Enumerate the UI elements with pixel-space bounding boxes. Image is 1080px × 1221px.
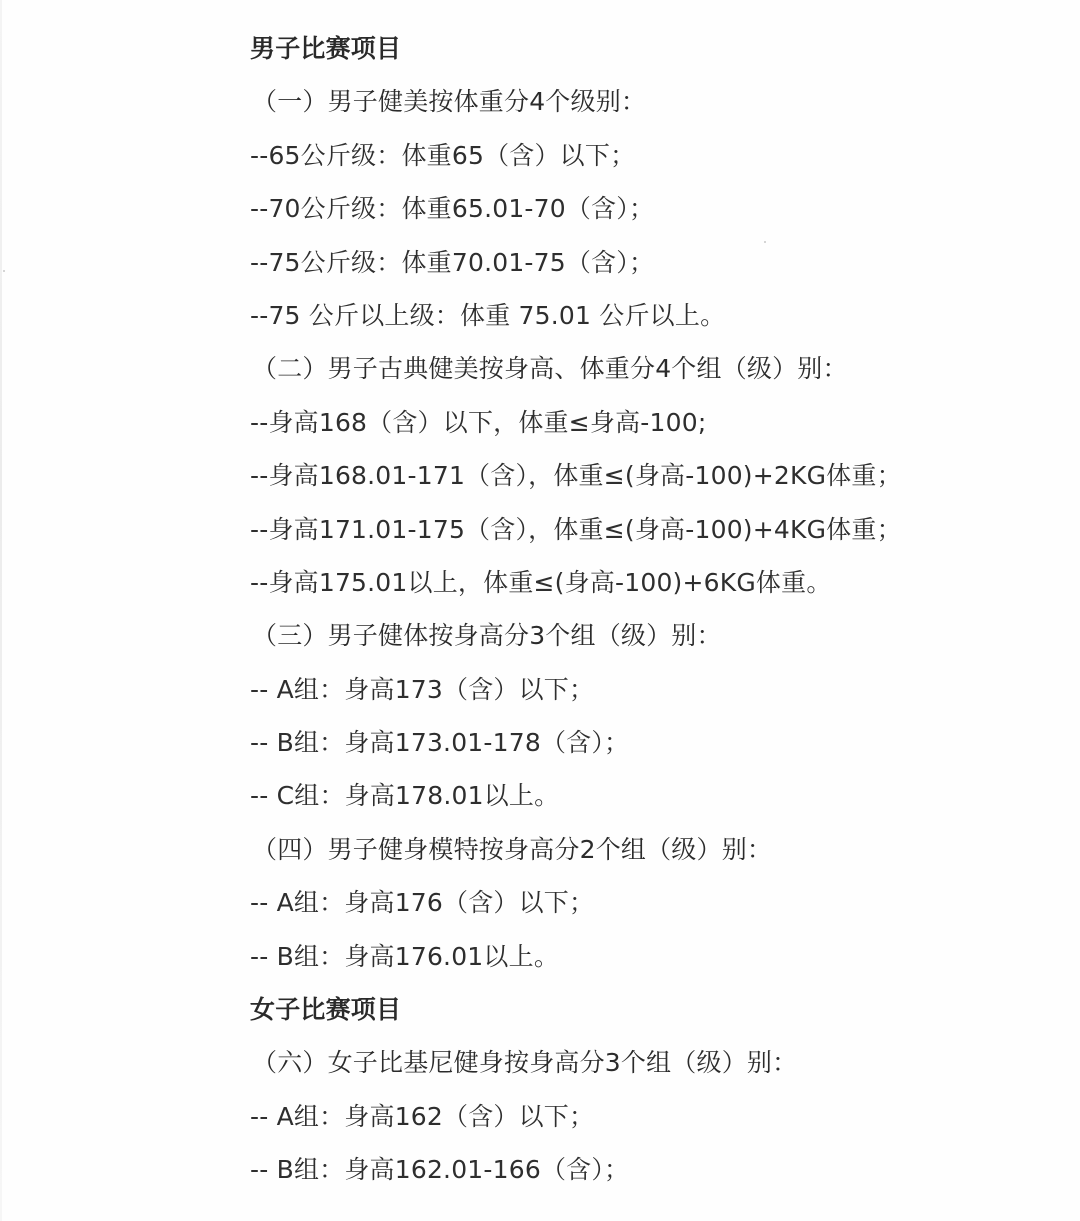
group-title-classic-physique: （二）男子古典健美按身高、体重分4个组（级）别： xyxy=(250,347,1010,400)
list-item: --身高168（含）以下，体重≤身高-100; xyxy=(250,401,1010,454)
list-item: -- A组：身高162（含）以下； xyxy=(250,1095,1010,1148)
page-edge-shadow xyxy=(0,0,2,1221)
list-item: --75 公斤以上级：体重 75.01 公斤以上。 xyxy=(250,294,1010,347)
list-item: --70公斤级：体重65.01-70（含）； xyxy=(250,187,1010,240)
document-body: 男子比赛项目 （一）男子健美按体重分4个级别： --65公斤级：体重65（含）以… xyxy=(250,27,1010,1202)
list-item: -- A组：身高173（含）以下； xyxy=(250,668,1010,721)
section-heading-women: 女子比赛项目 xyxy=(250,988,1010,1041)
scan-speck xyxy=(3,270,5,272)
list-item: --65公斤级：体重65（含）以下； xyxy=(250,134,1010,187)
group-title-bodybuilding: （一）男子健美按体重分4个级别： xyxy=(250,80,1010,133)
list-item: -- A组：身高176（含）以下； xyxy=(250,881,1010,934)
list-item: --身高175.01以上，体重≤(身高-100)+6KG体重。 xyxy=(250,561,1010,614)
list-item: --75公斤级：体重70.01-75（含）； xyxy=(250,241,1010,294)
section-heading-men: 男子比赛项目 xyxy=(250,27,1010,80)
list-item: -- B组：身高176.01以上。 xyxy=(250,935,1010,988)
group-title-fitness-model: （四）男子健身模特按身高分2个组（级）别： xyxy=(250,828,1010,881)
list-item: -- B组：身高162.01-166（含）； xyxy=(250,1148,1010,1201)
list-item: --身高171.01-175（含），体重≤(身高-100)+4KG体重； xyxy=(250,508,1010,561)
group-title-bikini-fitness: （六）女子比基尼健身按身高分3个组（级）别： xyxy=(250,1041,1010,1094)
list-item: -- C组：身高178.01以上。 xyxy=(250,774,1010,827)
scanned-page: 男子比赛项目 （一）男子健美按体重分4个级别： --65公斤级：体重65（含）以… xyxy=(0,0,1080,1221)
list-item: -- B组：身高173.01-178（含）； xyxy=(250,721,1010,774)
list-item: --身高168.01-171（含），体重≤(身高-100)+2KG体重； xyxy=(250,454,1010,507)
group-title-mens-physique: （三）男子健体按身高分3个组（级）别： xyxy=(250,614,1010,667)
